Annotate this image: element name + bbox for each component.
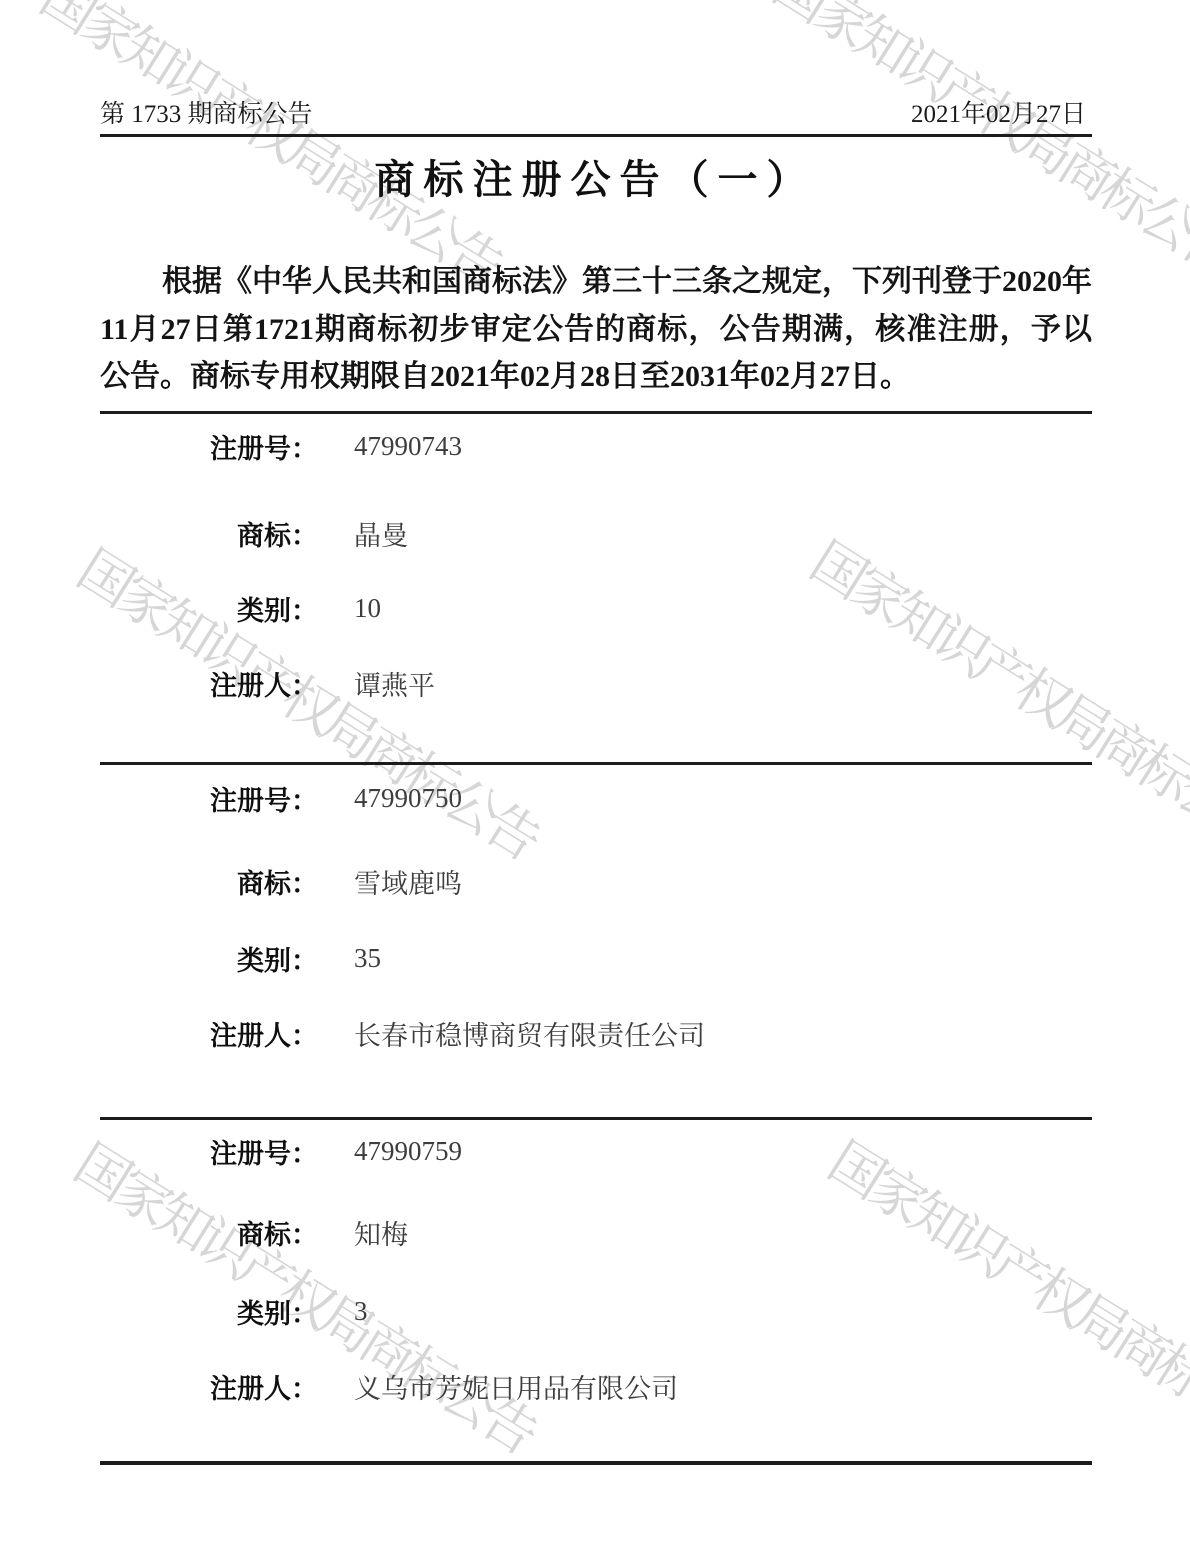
trademark-label: 商标： bbox=[100, 862, 318, 901]
trademark-value: 雪域鹿鸣 bbox=[354, 862, 462, 901]
trademark-value: 晶曼 bbox=[354, 514, 408, 553]
record-field-row: 注册人： 谭燕平 bbox=[100, 663, 1092, 703]
watermark-text: 国家知识产权局商标公告 bbox=[761, 0, 1190, 289]
reg-no-label: 注册号： bbox=[100, 1132, 318, 1171]
record-field-row: 注册号： 47990759 bbox=[100, 1131, 1092, 1171]
page-title: 商标注册公告（一） bbox=[0, 148, 1190, 205]
record-field-row: 商标： 知梅 bbox=[100, 1212, 1092, 1252]
registrant-value: 谭燕平 bbox=[354, 664, 435, 703]
intro-paragraph: 根据《中华人民共和国商标法》第三十三条之规定，下列刊登于2020年 11月27日… bbox=[100, 258, 1092, 401]
category-label: 类别： bbox=[100, 939, 318, 978]
trademark-label: 商标： bbox=[100, 1213, 318, 1252]
intro-line: 11月27日第1721期商标初步审定公告的商标，公告期满，核准注册，予以 bbox=[100, 306, 1092, 354]
reg-no-value: 47990750 bbox=[354, 783, 462, 814]
category-value: 35 bbox=[354, 943, 381, 974]
record-field-row: 注册号： 47990750 bbox=[100, 778, 1092, 818]
reg-no-label: 注册号： bbox=[100, 427, 318, 466]
reg-no-value: 47990743 bbox=[354, 431, 462, 462]
record-field-row: 注册号： 47990743 bbox=[100, 426, 1092, 466]
category-label: 类别： bbox=[100, 589, 318, 628]
intro-line: 公告。商标专用权期限自2021年02月28日至2031年02月27日。 bbox=[100, 353, 1092, 401]
gazette-issue-label: 第 1733 期商标公告 bbox=[100, 94, 313, 130]
bottom-rule bbox=[100, 1461, 1092, 1465]
record-field-row: 类别： 10 bbox=[100, 588, 1092, 628]
registrant-label: 注册人： bbox=[100, 1367, 318, 1406]
registrant-value: 义乌市芳妮日用品有限公司 bbox=[354, 1367, 678, 1406]
registrant-label: 注册人： bbox=[100, 664, 318, 703]
gazette-date: 2021年02月27日 bbox=[911, 94, 1086, 130]
category-value: 3 bbox=[354, 1296, 368, 1327]
record-divider bbox=[100, 1117, 1092, 1120]
reg-no-value: 47990759 bbox=[354, 1136, 462, 1167]
registrant-value: 长春市稳博商贸有限责任公司 bbox=[354, 1014, 705, 1053]
record-field-row: 注册人： 长春市稳博商贸有限责任公司 bbox=[100, 1013, 1092, 1053]
registrant-label: 注册人： bbox=[100, 1014, 318, 1053]
record-field-row: 注册人： 义乌市芳妮日用品有限公司 bbox=[100, 1366, 1092, 1406]
record-field-row: 类别： 35 bbox=[100, 938, 1092, 978]
category-label: 类别： bbox=[100, 1292, 318, 1331]
reg-no-label: 注册号： bbox=[100, 779, 318, 818]
record-field-row: 商标： 雪域鹿鸣 bbox=[100, 861, 1092, 901]
header-rule bbox=[100, 134, 1092, 137]
announcement-page: 国家知识产权局商标公告 国家知识产权局商标公告 国家知识产权局商标公告 国家知识… bbox=[0, 0, 1190, 1564]
record-divider bbox=[100, 762, 1092, 765]
trademark-value: 知梅 bbox=[354, 1213, 408, 1252]
record-field-row: 商标： 晶曼 bbox=[100, 513, 1092, 553]
intro-line: 根据《中华人民共和国商标法》第三十三条之规定，下列刊登于2020年 bbox=[100, 258, 1092, 306]
trademark-label: 商标： bbox=[100, 514, 318, 553]
category-value: 10 bbox=[354, 593, 381, 624]
record-divider bbox=[100, 411, 1092, 414]
record-field-row: 类别： 3 bbox=[100, 1291, 1092, 1331]
